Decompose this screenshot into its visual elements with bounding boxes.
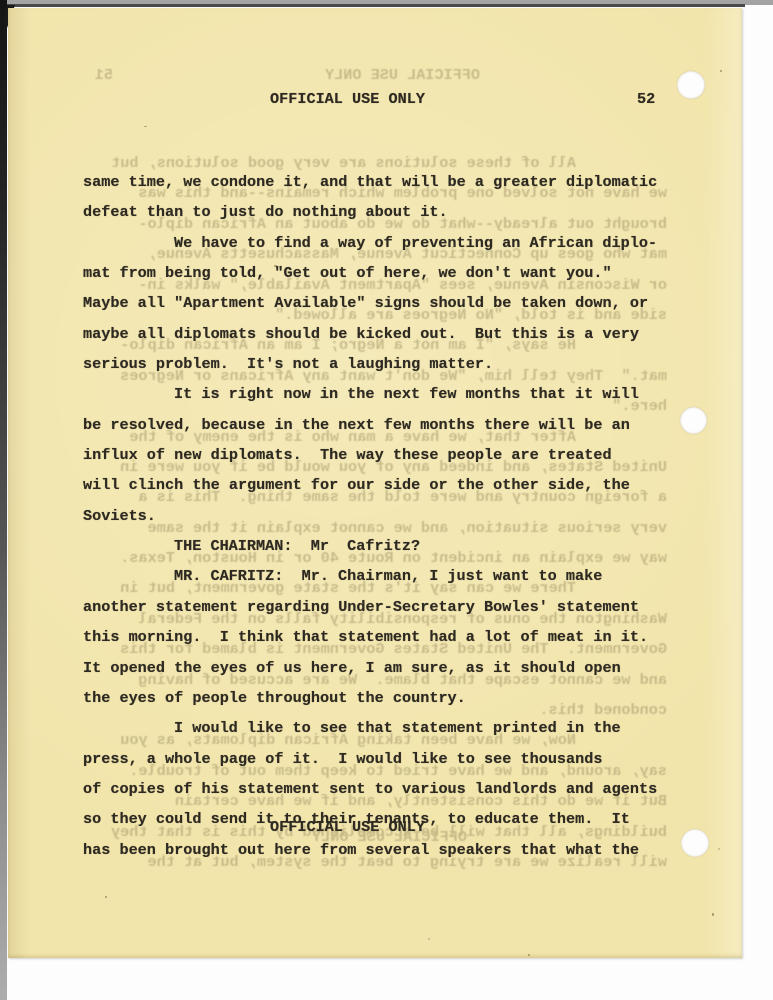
document-line: will clinch the argument for our side or… (83, 470, 733, 500)
paper-speck (144, 126, 147, 127)
document-line: It opened the eyes of us here, I am sure… (83, 653, 733, 683)
document-line: of copies of his statement sent to vario… (83, 774, 733, 804)
document-line: press, a whole page of it. I would like … (83, 744, 733, 774)
document-line: maybe all diplomats should be kicked out… (83, 319, 733, 349)
document-line: defeat than to just do nothing about it. (83, 197, 733, 227)
document-line: Maybe all "Apartment Available" signs sh… (83, 288, 733, 318)
document-body: same time, we condone it, and that will … (83, 113, 733, 865)
document-line: serious problem. It's not a laughing mat… (83, 349, 733, 379)
paper-speck (428, 938, 430, 940)
document-line: has been brought out here from several s… (83, 835, 733, 865)
document-line: I would like to see that statement print… (83, 713, 733, 743)
bleed-header: OFFICIAL USE ONLY 51 (8, 66, 742, 86)
scan-edge-left (0, 0, 7, 1000)
paper-speck (528, 954, 530, 956)
punch-hole-bottom (681, 829, 709, 857)
scanned-document-page: { "header": { "classification": "OFFICIA… (0, 0, 773, 1000)
document-line: Soviets. (83, 501, 733, 531)
punch-hole-top (677, 71, 705, 99)
document-line: be resolved, because in the next few mon… (83, 410, 733, 440)
paper-sheet: OFFICIAL USE ONLY 51 All of these soluti… (8, 8, 742, 958)
paper-speck (712, 913, 714, 916)
paper-speck (720, 70, 722, 72)
punch-hole-middle (680, 407, 707, 434)
scan-edge-top-shadow (0, 4, 745, 7)
paper-speck (718, 848, 720, 850)
document-line: mat from being told, "Get out of here, w… (83, 258, 733, 288)
document-line: We have to find a way of preventing an A… (83, 228, 733, 258)
classification-header: OFFICIAL USE ONLY (270, 90, 425, 108)
document-line: THE CHAIRMAN: Mr Cafritz? (83, 531, 733, 561)
document-line: same time, we condone it, and that will … (83, 167, 733, 197)
document-line: It is right now in the next few months t… (83, 379, 733, 409)
paper-speck (105, 896, 107, 898)
classification-footer: OFFICIAL USE ONLY (270, 818, 425, 836)
document-line: another statement regarding Under-Secret… (83, 592, 733, 622)
paper-speck (274, 265, 277, 267)
page-header: OFFICIAL USE ONLY 52 (8, 90, 742, 112)
page-number: 52 (637, 90, 655, 108)
document-line: this morning. I think that statement had… (83, 622, 733, 652)
document-line: the eyes of people throughout the countr… (83, 683, 733, 713)
bleed-page-number: 51 (95, 66, 113, 84)
bleed-classification-header: OFFICIAL USE ONLY (325, 66, 480, 84)
document-line: MR. CAFRITZ: Mr. Chairman, I just want t… (83, 561, 733, 591)
document-line: influx of new diplomats. The way these p… (83, 440, 733, 470)
